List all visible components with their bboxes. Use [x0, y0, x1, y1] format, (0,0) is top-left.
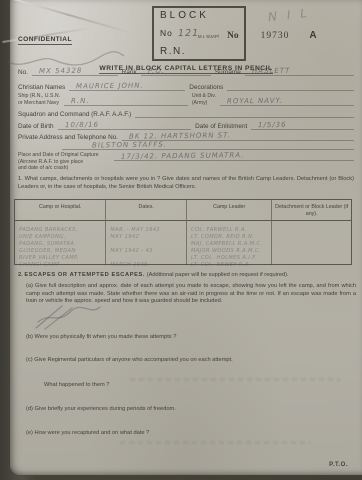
decorations-label: Decorations: [189, 84, 223, 91]
field-row-address-2: BILSTON STAFFS.: [62, 140, 354, 150]
table-row: GLOEGOER, MEDAN: [19, 244, 103, 251]
pto-footer-label: P.T.O.: [329, 462, 348, 468]
camps-column-dates: MAR. - MAY 1942 MAY 1942 MAY 1942 - 43 M…: [106, 221, 187, 265]
squadron-field: [135, 108, 354, 118]
ref-number: 19730: [261, 31, 290, 41]
address-value-line2-handwritten: BILSTON STAFFS.: [92, 141, 167, 150]
field-row-squadron: Squadron and Command (R.A.F. A.A.F.): [18, 108, 354, 118]
capture-label-line3: and date of a/c crash): [18, 165, 98, 172]
christian-names-field: MAURICE JOHN.: [69, 81, 185, 91]
unit-div-label: Unit & Div. (Army): [192, 93, 216, 106]
capture-field-row: 17/3/42. PADANG SUMATRA.: [114, 151, 354, 161]
capture-label: Place and Date of Original Capture (Airc…: [18, 152, 98, 172]
ref-no-label: No: [227, 31, 239, 41]
nil-annotation-handwritten: N I L: [267, 6, 310, 24]
ship-value-handwritten: R.N.: [71, 97, 90, 105]
camps-table-header-camp: Camp or Hospital.: [15, 200, 106, 221]
section2-title-line: 2. ESCAPES OR ATTEMPTED ESCAPES. (Additi…: [18, 272, 354, 280]
table-row: LT. COMDR. REID R.N.: [191, 230, 269, 237]
question-c-text: (c) Give Regimental particulars of anyon…: [26, 357, 354, 365]
section2-title: ESCAPES OR ATTEMPTED ESCAPES.: [24, 272, 145, 278]
capture-field: 17/3/42. PADANG SUMATRA.: [114, 151, 354, 161]
field-row-names-decorations: Christian Names MAURICE JOHN. Decoration…: [18, 81, 354, 91]
section1-question-text: 1. What camps, detachments or hospitals …: [18, 176, 354, 191]
scanned-form-page: CONFIDENTIAL BLOCK No 121 R.N. M.I. 9/JA…: [10, 0, 362, 475]
camps-column-detachment: [272, 221, 351, 265]
table-row: MAJ. CAMPBELL R.A.M.C.: [191, 237, 269, 244]
rank-label: Rank: [122, 69, 137, 76]
unit-div-value-handwritten: ROYAL NAVY.: [227, 97, 283, 106]
surname-label: Surname: [215, 69, 241, 76]
date-of-enlistment-field: 1/5/36: [251, 120, 354, 130]
question-c2-text: What happened to them ?: [44, 382, 354, 390]
question-e-text: (e) How were you recaptured and on what …: [26, 430, 354, 438]
date-of-birth-label: Date of Birth: [18, 123, 54, 130]
section2-note: (Additional paper will be supplied on re…: [147, 272, 289, 278]
camps-table-header-leader: Camp Leader: [187, 200, 272, 221]
stamp-block-number-handwritten: 121: [178, 28, 199, 39]
mi9-jap-label: M.I. 9/JAP/: [198, 34, 219, 39]
date-of-enlistment-value-handwritten: 1/5/36: [258, 121, 287, 129]
ship-label: Ship (R.N., U.S.N. or Merchant Navy: [18, 93, 60, 106]
dates-entry-handwritten: MAY 1942: [110, 234, 139, 241]
christian-names-value-handwritten: MAURICE JOHN.: [76, 82, 144, 91]
table-row: COL. FARWELL R.A.: [191, 223, 269, 230]
bleed-through-ghost: [120, 441, 310, 444]
address-field-line2: BILSTON STAFFS.: [62, 140, 354, 150]
camps-column-leader: COL. FARWELL R.A. LT. COMDR. REID R.N. M…: [187, 221, 272, 265]
reference-number-line: M.I. 9/JAP/ No 19730 A: [198, 30, 317, 41]
table-row: MAR. - MAY 1942: [110, 223, 184, 230]
table-row: UNIE KAMPONG,: [19, 230, 103, 237]
no-value-handwritten: MX 54328: [39, 67, 82, 76]
question-b-text: (b) Were you physically fit when you mad…: [26, 334, 354, 342]
field-row-dob-enlistment: Date of Birth 10/8/16 Date of Enlistment…: [18, 120, 354, 130]
table-row: PADANG BARRACKS,: [19, 223, 103, 230]
ship-label-line2: or Merchant Navy: [18, 100, 60, 107]
rank-field: P.O.: [141, 66, 211, 76]
bleed-through-ghost: [130, 378, 340, 381]
camps-table-header-dates: Dates.: [106, 200, 187, 221]
no-field: MX 54328: [32, 66, 118, 76]
table-row: LT. COL. NEWEY R.A.: [191, 258, 269, 265]
ref-series-letter: A: [309, 30, 316, 41]
camp-entry-handwritten: CHANGI CAMP: [19, 262, 60, 269]
camps-table-header-detachment: Detachment or Block Leader (if any).: [272, 200, 351, 221]
field-row-no-rank-surname: No. MX 54328 Rank P.O. Surname HASLETT: [18, 66, 354, 76]
field-row-ship-unit: Ship (R.N., U.S.N. or Merchant Navy R.N.…: [18, 93, 354, 106]
camps-column-camp: PADANG BARRACKS, UNIE KAMPONG, PADANG, S…: [15, 221, 106, 265]
surname-field: HASLETT: [245, 66, 354, 76]
stamp-rn-word: R.N.: [160, 46, 238, 57]
capture-value-handwritten: 17/3/42. PADANG SUMATRA.: [121, 151, 244, 161]
leader-entry-handwritten: LT. COL. NEWEY R.A.: [191, 262, 251, 269]
confidential-label: CONFIDENTIAL: [18, 36, 72, 45]
date-of-enlistment-label: Date of Enlistment: [195, 123, 247, 130]
stamp-block-word: BLOCK: [160, 10, 238, 21]
table-row: RIVER VALLEY CAMP,: [19, 251, 103, 258]
table-row: PADANG, SUMATRA: [19, 237, 103, 244]
no-label: No.: [18, 69, 28, 76]
section2-number: 2.: [18, 272, 23, 278]
date-of-birth-field: 10/8/16: [58, 120, 192, 130]
paper-crease: [6, 0, 132, 34]
decorations-field: [227, 81, 354, 91]
table-row: MARCH 1945: [110, 258, 184, 265]
question-d-text: (d) Give briefly your experiences during…: [26, 406, 354, 414]
unit-div-label-line2: (Army): [192, 100, 216, 107]
date-of-birth-value-handwritten: 10/8/16: [64, 121, 98, 129]
dates-entry-handwritten: MAY 1942 - 43: [110, 248, 152, 255]
christian-names-label: Christian Names: [18, 84, 65, 91]
ship-field: R.N.: [64, 96, 188, 106]
stamp-no-prefix: No: [160, 28, 173, 38]
rank-value-handwritten: P.O.: [148, 67, 165, 75]
surname-value-handwritten: HASLETT: [252, 67, 290, 75]
camps-table: Camp or Hospital. Dates. Camp Leader Det…: [14, 199, 352, 265]
dates-entry-handwritten: MARCH 1945: [110, 262, 147, 269]
unit-div-field: ROYAL NAVY.: [220, 96, 354, 106]
table-row: [276, 223, 349, 230]
nil-scrawl-handwritten: [32, 300, 104, 332]
squadron-label: Squadron and Command (R.A.F. A.A.F.): [18, 111, 131, 118]
table-row: MAY 1942 - 43: [110, 244, 184, 251]
table-row: MAJOR WOODS R.A.M.C.: [191, 244, 269, 251]
